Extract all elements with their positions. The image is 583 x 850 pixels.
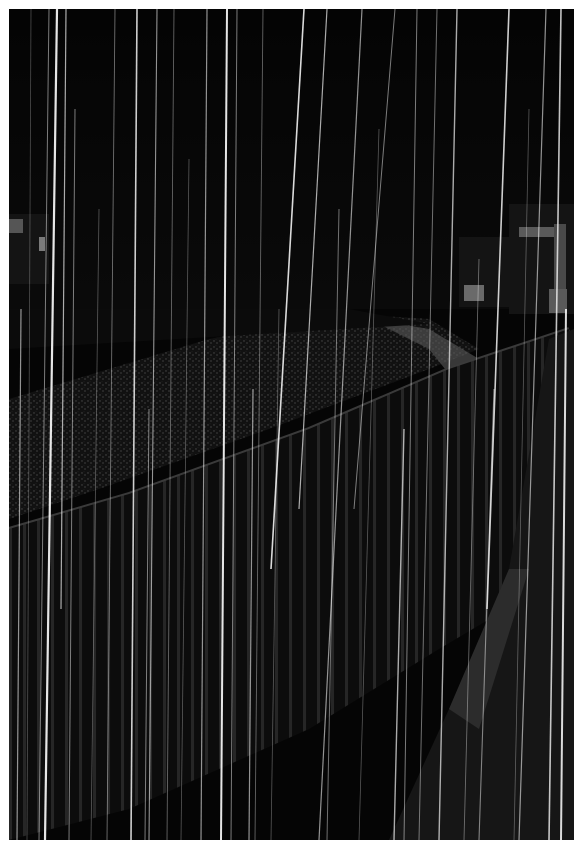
rain-photograph: Night rain over a canal with a metal rai…	[9, 9, 574, 840]
photo-scene	[9, 9, 574, 840]
